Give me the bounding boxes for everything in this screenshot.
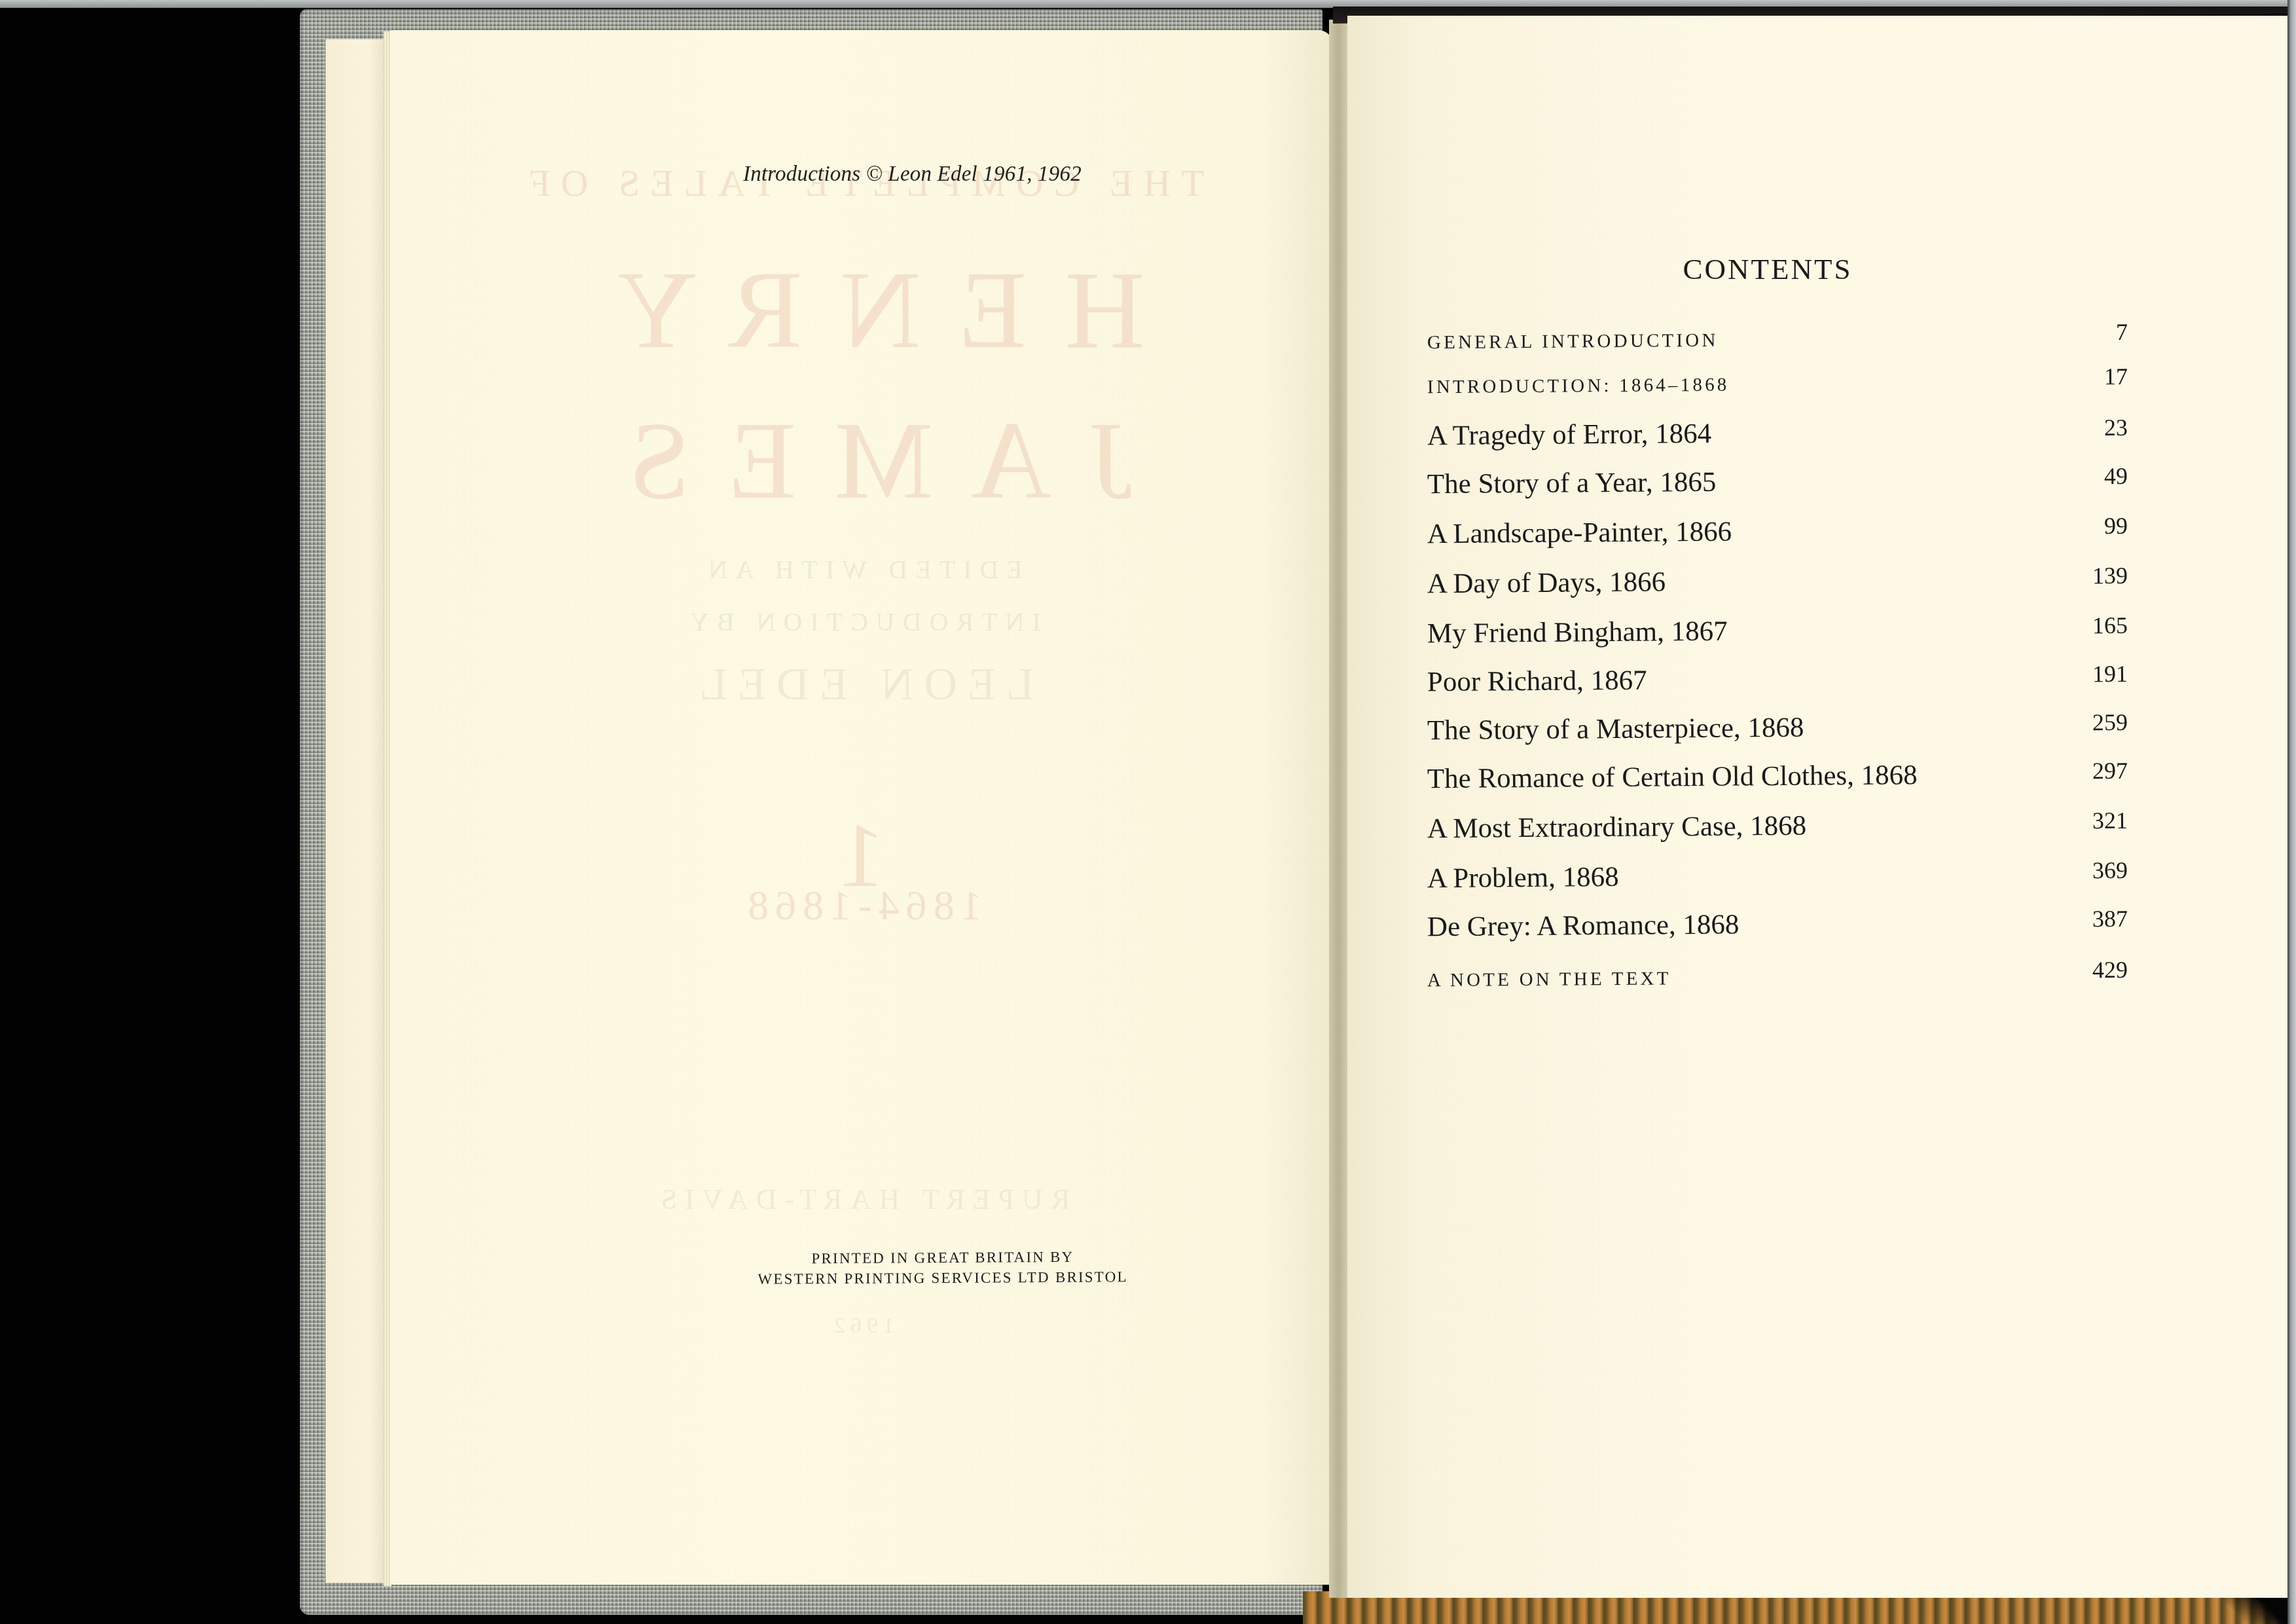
toc-entry: A Tragedy of Error, 1864 23 bbox=[1427, 414, 2128, 458]
toc-entry-page: 297 bbox=[2092, 757, 2128, 784]
toc-entry: Poor Richard, 1867 191 bbox=[1427, 660, 2128, 705]
toc-entry: GENERAL INTRODUCTION 7 bbox=[1427, 318, 2128, 363]
toc-entry: A NOTE ON THE TEXT 429 bbox=[1427, 956, 2128, 1001]
printer-imprint: PRINTED IN GREAT BRITAIN BY WESTERN PRIN… bbox=[681, 1246, 1205, 1290]
toc-entry: A Problem, 1868 369 bbox=[1427, 857, 2128, 901]
toc-entry-title: A Most Extraordinary Case, 1868 bbox=[1427, 810, 1807, 845]
contents-heading: CONTENTS bbox=[1604, 252, 1931, 286]
toc-entry-page: 321 bbox=[2092, 807, 2128, 834]
copyright-notice: Introductions © Leon Edel 1961, 1962 bbox=[743, 162, 1082, 187]
toc-entry: A Most Extraordinary Case, 1868 321 bbox=[1427, 807, 2128, 851]
left-page bbox=[390, 30, 1333, 1585]
toc-entry-title: A NOTE ON THE TEXT bbox=[1427, 968, 1671, 991]
toc-entry-page: 23 bbox=[2104, 414, 2128, 441]
toc-entry-page: 429 bbox=[2092, 956, 2128, 984]
toc-entry-page: 165 bbox=[2092, 612, 2128, 639]
toc-entry: De Grey: A Romance, 1868 387 bbox=[1427, 905, 2128, 950]
toc-entry-title: The Romance of Certain Old Clothes, 1868 bbox=[1427, 759, 1918, 795]
toc-entry-page: 49 bbox=[2104, 462, 2128, 490]
toc-entry: The Romance of Certain Old Clothes, 1868… bbox=[1427, 757, 2128, 802]
toc-entry-title: De Grey: A Romance, 1868 bbox=[1427, 908, 1740, 943]
toc-entry-title: A Tragedy of Error, 1864 bbox=[1427, 418, 1712, 452]
toc-entry-title: A Landscape-Painter, 1866 bbox=[1427, 516, 1732, 551]
toc-entry-title: The Story of a Masterpiece, 1868 bbox=[1427, 712, 1804, 747]
toc-entry-title: The Story of a Year, 1865 bbox=[1427, 466, 1717, 500]
scanner-right-edge bbox=[2287, 0, 2296, 1624]
toc-entry: The Story of a Year, 1865 49 bbox=[1427, 462, 2128, 507]
toc-entry-title: A Problem, 1868 bbox=[1427, 861, 1619, 895]
printer-line-1: PRINTED IN GREAT BRITAIN BY bbox=[681, 1246, 1205, 1270]
toc-entry-title: A Day of Days, 1866 bbox=[1427, 566, 1666, 600]
toc-entry-page: 17 bbox=[2104, 363, 2128, 390]
toc-entry-page: 99 bbox=[2104, 512, 2128, 540]
toc-entry-title: Poor Richard, 1867 bbox=[1427, 665, 1647, 699]
toc-entry-page: 259 bbox=[2092, 709, 2128, 736]
toc-entry-page: 191 bbox=[2092, 660, 2128, 688]
toc-entry-page: 139 bbox=[2092, 562, 2128, 589]
toc-entry: INTRODUCTION: 1864–1868 17 bbox=[1427, 363, 2128, 407]
toc-entry: A Day of Days, 1866 139 bbox=[1427, 562, 2128, 606]
toc-entry-page: 387 bbox=[2092, 905, 2128, 932]
scan-background bbox=[0, 8, 308, 1624]
toc-entry-title: GENERAL INTRODUCTION bbox=[1427, 330, 1719, 354]
toc-entry-page: 369 bbox=[2092, 857, 2128, 884]
toc-entry-page: 7 bbox=[2116, 318, 2128, 346]
toc-entry: The Story of a Masterpiece, 1868 259 bbox=[1427, 709, 2128, 753]
toc-entry-title: My Friend Bingham, 1867 bbox=[1427, 616, 1728, 650]
endpaper bbox=[325, 39, 386, 1583]
toc-entry-title: INTRODUCTION: 1864–1868 bbox=[1427, 375, 1730, 399]
toc-entry: A Landscape-Painter, 1866 99 bbox=[1427, 512, 2128, 557]
toc-entry: My Friend Bingham, 1867 165 bbox=[1427, 612, 2128, 656]
printer-line-2: WESTERN PRINTING SERVICES LTD BRISTOL bbox=[681, 1266, 1205, 1290]
